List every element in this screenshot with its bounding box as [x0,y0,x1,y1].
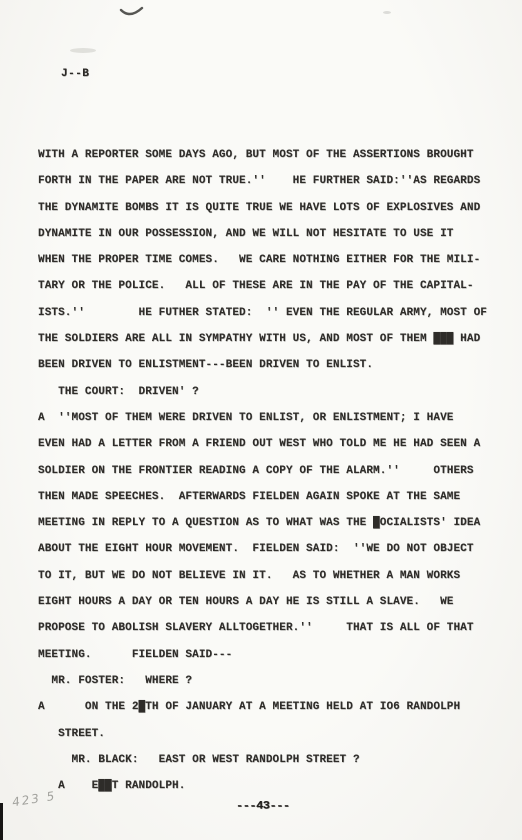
text-line: THEN MADE SPEECHES. AFTERWARDS FIELDEN A… [38,484,498,510]
pencil-annotation: 423 5 [11,789,57,810]
text-line: THE DYNAMITE BOMBS IT IS QUITE TRUE WE H… [38,195,498,221]
text-line: FORTH IN THE PAPER ARE NOT TRUE.'' HE FU… [38,168,498,194]
scan-smudge [70,48,96,53]
text-line: ABOUT THE EIGHT HOUR MOVEMENT. FIELDEN S… [38,536,498,562]
text-line: MR. BLACK: EAST OR WEST RANDOLPH STREET … [38,747,498,773]
text-line: A ''MOST OF THEM WERE DRIVEN TO ENLIST, … [38,405,498,431]
text-line: TO IT, BUT WE DO NOT BELIEVE IN IT. AS T… [38,563,498,589]
text-line: EIGHT HOURS A DAY OR TEN HOURS A DAY HE … [38,589,498,615]
scan-edge-artifact [0,803,3,840]
text-line: THE SOLDIERS ARE ALL IN SYMPATHY WITH US… [38,326,498,352]
text-line: ISTS.'' HE FUTHER STATED: '' EVEN THE RE… [38,300,498,326]
text-line: STREET. [38,721,498,747]
text-line: THE COURT: DRIVEN' ? [38,379,498,405]
text-line: MR. FOSTER: WHERE ? [38,668,498,694]
text-line: TARY OR THE POLICE. ALL OF THESE ARE IN … [38,273,498,299]
text-line: SOLDIER ON THE FRONTIER READING A COPY O… [38,458,498,484]
text-line: WHEN THE PROPER TIME COMES. WE CARE NOTH… [38,247,498,273]
text-line: EVEN HAD A LETTER FROM A FRIEND OUT WEST… [38,431,498,457]
typewritten-text: WITH A REPORTER SOME DAYS AGO, BUT MOST … [38,142,498,799]
text-line: WITH A REPORTER SOME DAYS AGO, BUT MOST … [38,142,498,168]
text-line: MEETING. FIELDEN SAID--- [38,642,498,668]
scan-smudge [383,11,391,14]
page-number: ---43--- [236,800,290,813]
document-id-label: J--B [61,67,89,81]
text-line: BEEN DRIVEN TO ENLISTMENT---BEEN DRIVEN … [38,352,498,378]
text-line: PROPOSE TO ABOLISH SLAVERY ALLTOGETHER.'… [38,615,498,641]
text-line: MEETING IN REPLY TO A QUESTION AS TO WHA… [38,510,498,536]
text-line: DYNAMITE IN OUR POSSESSION, AND WE WILL … [38,221,498,247]
pen-stroke-icon [118,4,148,22]
scanned-document-page: J--B WITH A REPORTER SOME DAYS AGO, BUT … [0,0,522,840]
text-line: A E██T RANDOLPH. [38,773,498,799]
text-line: A ON THE 2█TH OF JANUARY AT A MEETING HE… [38,694,498,720]
